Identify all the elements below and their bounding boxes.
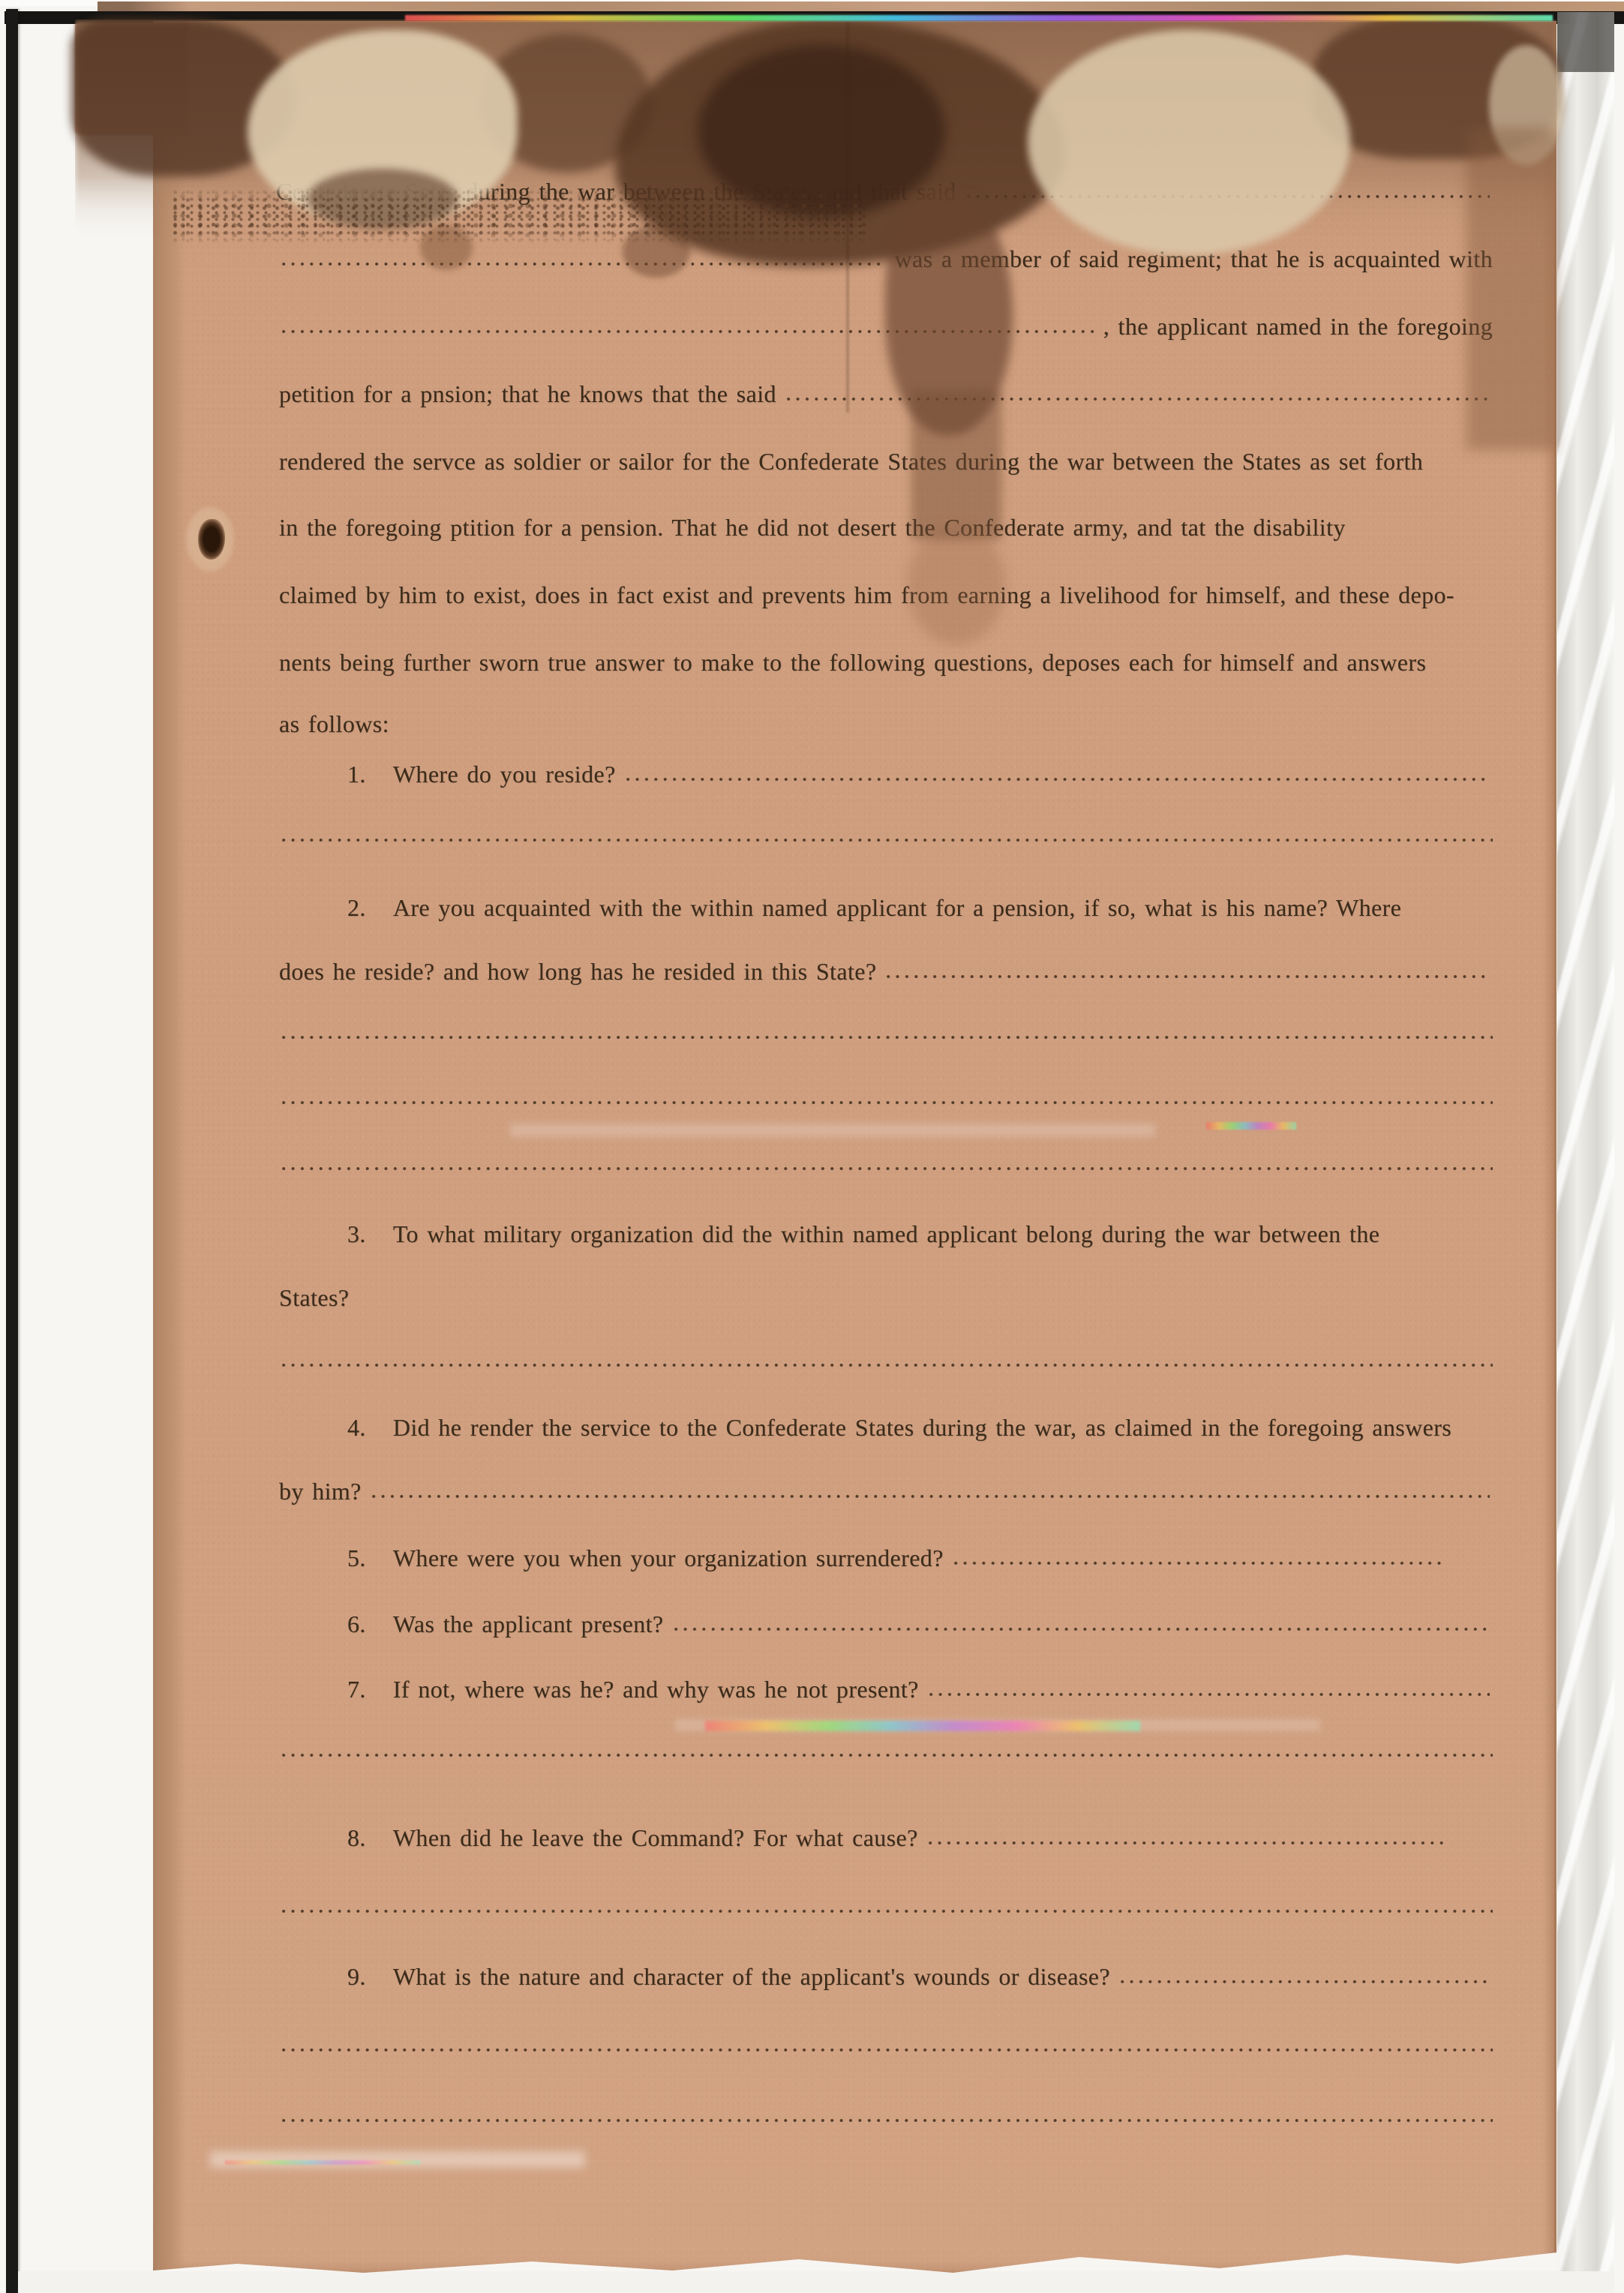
question-number: 5.	[279, 1542, 393, 1574]
question-7: 7.If not, where was he? and why was he n…	[279, 1673, 1493, 1705]
question-text: States?	[279, 1282, 349, 1313]
answer-dots	[1118, 1976, 1490, 1987]
answer-dots	[671, 1624, 1490, 1634]
intro-text: claimed by him to exist, does in fact ex…	[279, 579, 1454, 611]
question-3-continued: States?	[279, 1282, 349, 1313]
question-9: 9.What is the nature and character of th…	[279, 1961, 1493, 1992]
intro-line-6: in the foregoing ptition for a pension. …	[279, 512, 1346, 543]
plastic-sleeve-over-black	[1557, 12, 1614, 72]
answer-dots	[279, 326, 1094, 337]
question-6: 6.Was the applicant present?	[279, 1608, 1493, 1640]
question-text: When did he leave the Command? For what …	[393, 1822, 918, 1853]
dotted-answer-line	[279, 1097, 1493, 1108]
question-number: 4.	[279, 1412, 393, 1443]
intro-text: rendered the servce as soldier or sailor…	[279, 446, 1423, 477]
question-text: does he reside? and how long has he resi…	[279, 956, 876, 987]
intro-line-3: , the applicant named in the foregoing	[279, 311, 1493, 342]
question-text: Did he render the service to the Confede…	[393, 1412, 1451, 1443]
adjacent-page-edge-strip	[98, 2, 1624, 12]
question-8: 8.When did he leave the Command? For wha…	[279, 1822, 1449, 1853]
question-5: 5.Where were you when your organization …	[279, 1542, 1449, 1574]
intro-line-5: rendered the servce as soldier or sailor…	[279, 446, 1423, 477]
question-number: 1.	[279, 758, 393, 790]
plastic-sleeve-right	[1557, 12, 1614, 2293]
question-2: 2.Are you acquainted with the within nam…	[279, 892, 1401, 923]
dotted-answer-line	[279, 2115, 1493, 2126]
intro-line-8: nents being further sworn true answer to…	[279, 647, 1426, 678]
stain-speckle-band	[169, 188, 866, 244]
intro-text: , the applicant named in the foregoing	[1103, 311, 1493, 342]
scanner-edge-bar-left	[6, 9, 18, 2293]
dotted-answer-line	[279, 1163, 1493, 1174]
answer-dots	[951, 1558, 1446, 1568]
vertical-crease	[846, 23, 849, 413]
answer-dots	[884, 971, 1490, 982]
answer-dots	[784, 394, 1490, 404]
question-number: 7.	[279, 1673, 393, 1705]
sleeve-bottom-strip	[18, 2271, 1614, 2293]
answer-dots	[926, 1838, 1446, 1848]
question-4-continued: by him?	[279, 1475, 1493, 1507]
question-number: 3.	[279, 1218, 393, 1250]
intro-text: petition for a pnsion; that he knows tha…	[279, 378, 776, 410]
question-text: Are you acquainted with the within named…	[393, 892, 1401, 923]
question-number: 6.	[279, 1608, 393, 1640]
question-2-continued: does he reside? and how long has he resi…	[279, 956, 1493, 987]
answer-dots	[964, 191, 1490, 202]
intro-line-2: was a member of said regiment; that he i…	[279, 243, 1493, 275]
question-text: If not, where was he? and why was he not…	[393, 1673, 919, 1705]
answer-dots	[926, 1689, 1490, 1700]
question-3: 3.To what military organization did the …	[279, 1218, 1379, 1250]
dotted-answer-line	[279, 1750, 1493, 1760]
intro-line-9: as follows:	[279, 708, 389, 740]
question-number: 2.	[279, 892, 393, 923]
question-number: 9.	[279, 1961, 393, 1992]
intro-text: as follows:	[279, 708, 389, 740]
question-4: 4.Did he render the service to the Confe…	[279, 1412, 1451, 1443]
paper-sheet	[153, 21, 1556, 2273]
answer-dots	[369, 1491, 1490, 1502]
intro-line-7: claimed by him to exist, does in fact ex…	[279, 579, 1454, 611]
question-text: Where were you when your organization su…	[393, 1542, 944, 1574]
dotted-answer-line	[279, 1906, 1493, 1916]
question-text: Was the applicant present?	[393, 1608, 664, 1640]
intro-text: in the foregoing ptition for a pension. …	[279, 512, 1346, 543]
question-text: Where do you reside?	[393, 758, 616, 790]
question-1: 1.Where do you reside?	[279, 758, 1493, 790]
question-text: To what military organization did the wi…	[393, 1218, 1380, 1250]
question-number: 8.	[279, 1822, 393, 1853]
intro-text: nents being further sworn true answer to…	[279, 647, 1426, 678]
dotted-answer-line	[279, 2045, 1493, 2055]
question-text: What is the nature and character of the …	[393, 1961, 1110, 1992]
answer-dots	[279, 259, 886, 269]
dotted-answer-line	[279, 835, 1493, 845]
question-text: by him?	[279, 1475, 362, 1507]
answer-dots	[623, 774, 1490, 785]
intro-text: was a member of said regiment; that he i…	[895, 243, 1493, 275]
dotted-answer-line	[279, 1032, 1493, 1043]
intro-line-4: petition for a pnsion; that he knows tha…	[279, 378, 1493, 410]
dotted-answer-line	[279, 1360, 1493, 1370]
